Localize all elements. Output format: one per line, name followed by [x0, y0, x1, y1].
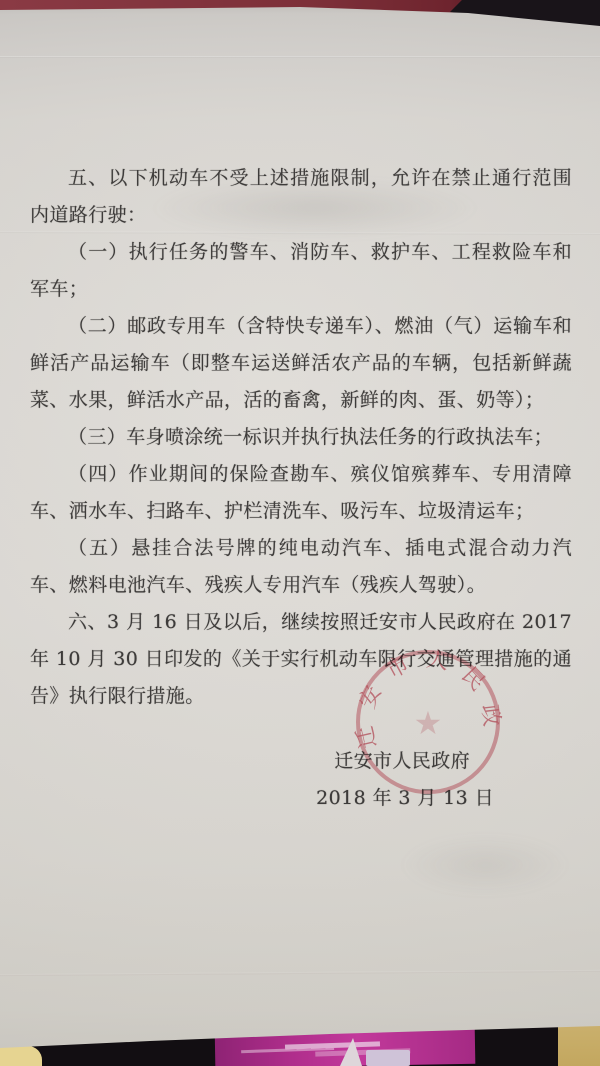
paragraph-item-5-3: （三）车身喷涂统一标识并执行执法任务的行政执法车； — [30, 419, 572, 456]
package-triangle-shape — [340, 1038, 362, 1066]
seal-star: ★ — [414, 704, 443, 742]
paragraph-item-5-1: （一）执行任务的警车、消防车、救护车、工程救险车和军车； — [30, 234, 572, 308]
table-corner-left — [0, 1046, 42, 1066]
paper-crease — [0, 970, 600, 976]
paragraph-item-5-4: （四）作业期间的保险查勘车、殡仪馆殡葬车、专用清障车、洒水车、扫路车、护栏清洗车… — [30, 456, 572, 530]
document-paper: 五、以下机动车不受上述措施限制，允许在禁止通行范围内道路行驶： （一）执行任务的… — [0, 0, 600, 1066]
paragraph-item-5-5: （五）悬挂合法号牌的纯电动汽车、插电式混合动力汽车、燃料电池汽车、残疾人专用汽车… — [30, 530, 572, 604]
bleed-through-smudge — [400, 835, 570, 895]
paragraph-item-5-2: （二）邮政专用车（含特快专递车）、燃油（气）运输车和鲜活产品运输车（即整车运送鲜… — [30, 308, 572, 419]
package-white-box — [366, 1050, 410, 1066]
document-photo: 五、以下机动车不受上述措施限制，允许在禁止通行范围内道路行驶： （一）执行任务的… — [0, 0, 600, 1066]
official-seal: 迁安市人民政府 ★ — [352, 646, 504, 798]
paragraph-item-5: 五、以下机动车不受上述措施限制，允许在禁止通行范围内道路行驶： — [30, 160, 572, 234]
